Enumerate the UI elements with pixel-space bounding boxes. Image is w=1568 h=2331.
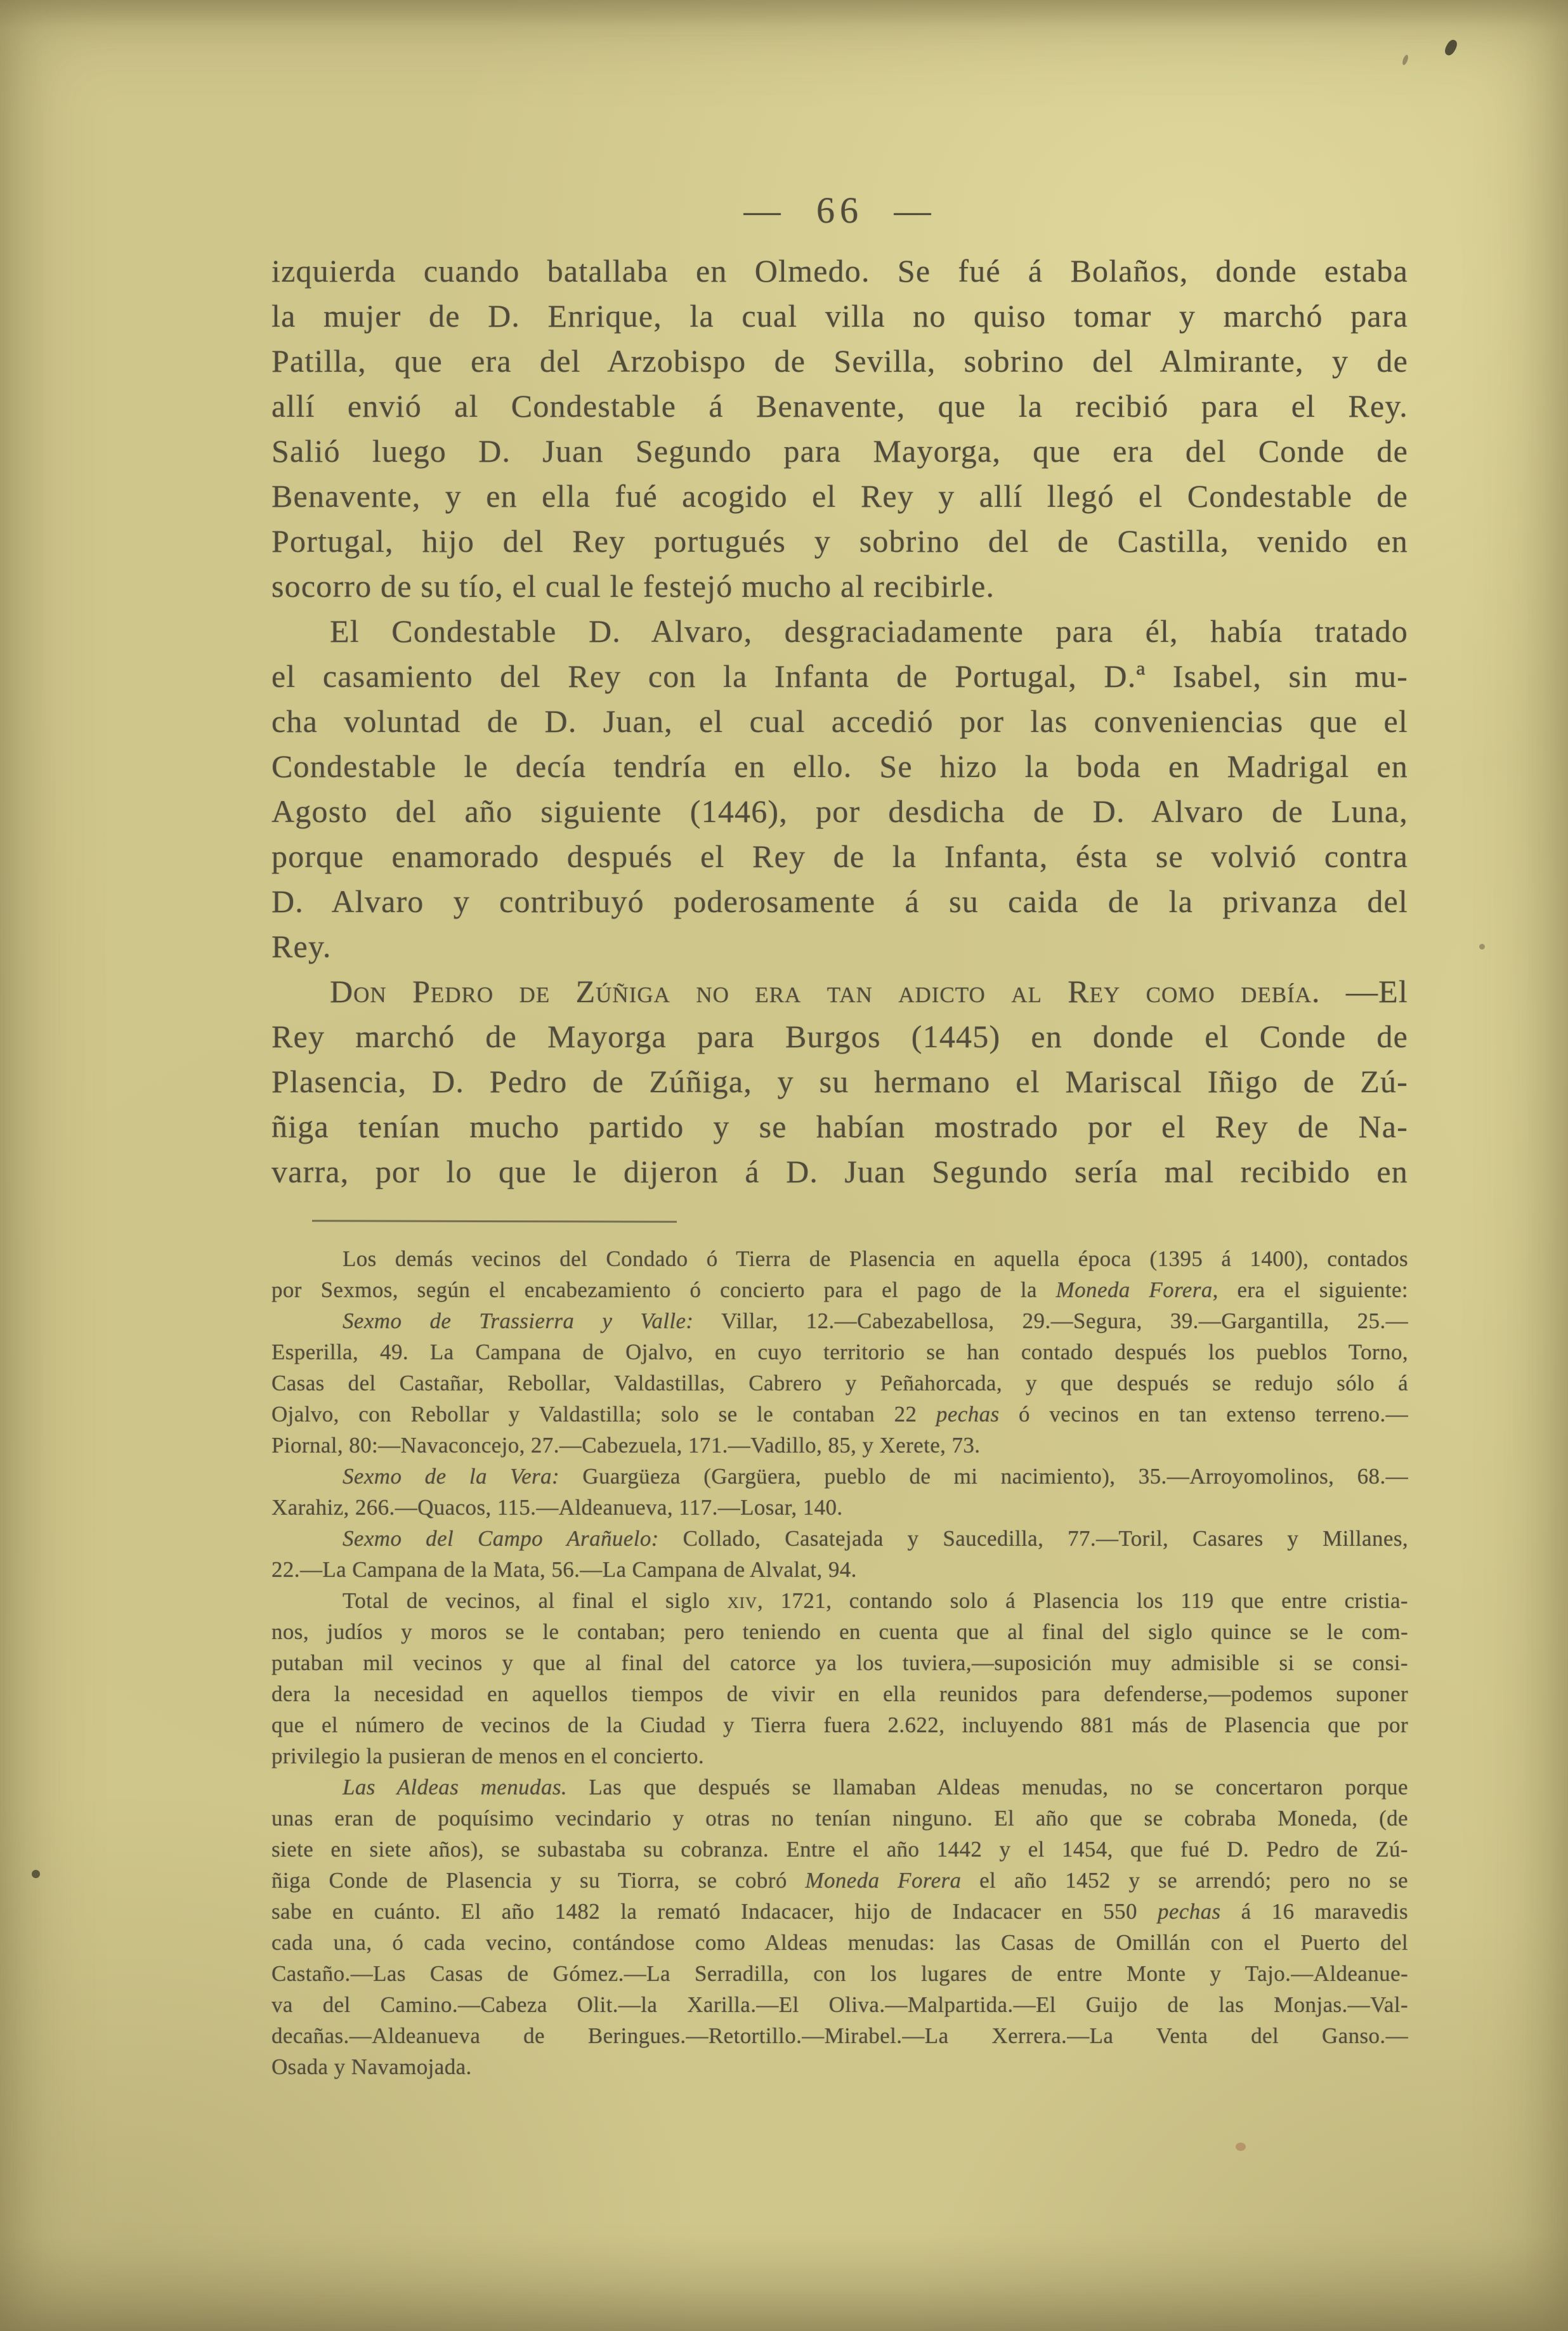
footnote-line: cada una, ó cada vecino, contándose como… (271, 1927, 1408, 1958)
footnote-line: Sexmo de Trassierra y Valle: Villar, 12.… (271, 1305, 1408, 1336)
text-segment: pechas (1158, 1899, 1221, 1924)
text-segment: va del Camino.—Cabeza Olit.—la Xarilla.—… (271, 1992, 1408, 2017)
footnote-line: Sexmo de la Vera: Guargüeza (Gargüera, p… (271, 1461, 1408, 1492)
text-segment: Guargüeza (Gargüera, pueblo de mi nacimi… (559, 1464, 1408, 1489)
text-segment: Esperilla, 49. La Campana de Ojalvo, en … (271, 1340, 1408, 1364)
footnote-line: Osada y Navamojada. (271, 2051, 1408, 2082)
text-segment: el casamiento del Rey con la Infanta de … (271, 658, 1408, 694)
main-text-line: Rey marchó de Mayorga para Burgos (1445)… (271, 1014, 1408, 1059)
footnote-line: ñiga Conde de Plasencia y su Tiorra, se … (271, 1865, 1408, 1896)
footnote-line: por Sexmos, según el encabezamiento ó co… (271, 1274, 1408, 1305)
text-segment: Portugal, hijo del Rey portugués y sobri… (271, 523, 1408, 559)
main-text-line: Portugal, hijo del Rey portugués y sobri… (271, 519, 1408, 564)
text-segment: Sexmo de Trassierra y Valle: (343, 1309, 693, 1333)
text-segment: D. Alvaro y contribuyó poderosamente á s… (271, 884, 1408, 919)
footnote-line: Esperilla, 49. La Campana de Ojalvo, en … (271, 1336, 1408, 1368)
main-text-block: izquierda cuando batallaba en Olmedo. Se… (271, 249, 1408, 1194)
footnote-line: Castaño.—Las Casas de Gómez.—La Serradil… (271, 1958, 1408, 1989)
text-segment: que el número de vecinos de la Ciudad y … (271, 1713, 1408, 1737)
main-text-line: Patilla, que era del Arzobispo de Sevill… (271, 339, 1408, 384)
text-segment: varra, por lo que le dijeron á D. Juan S… (271, 1154, 1408, 1189)
main-text-line: allí envió al Condestable á Benavente, q… (271, 384, 1408, 429)
text-segment: , 1721, contando solo á Plasencia los 11… (757, 1588, 1408, 1613)
text-segment: Sexmo de la Vera: (343, 1464, 559, 1489)
text-segment: Plasencia, D. Pedro de Zúñiga, y su herm… (271, 1064, 1408, 1099)
text-segment: Collado, Casatejada y Saucedilla, 77.—To… (659, 1526, 1408, 1551)
text-segment: la mujer de D. Enrique, la cual villa no… (271, 298, 1408, 334)
text-segment: 22.—La Campana de la Mata, 56.—La Campan… (271, 1557, 857, 1582)
text-segment: siete en siete años), se subastaba su co… (271, 1837, 1408, 1862)
text-segment: Patilla, que era del Arzobispo de Sevill… (271, 343, 1408, 379)
footnote-line: sabe en cuánto. El año 1482 la remató In… (271, 1896, 1408, 1927)
text-segment: , era el siguiente: (1213, 1277, 1408, 1302)
text-segment: porque enamorado después el Rey de la In… (271, 839, 1408, 874)
text-segment: —El (1346, 974, 1408, 1009)
text-segment: Moneda Forera (805, 1868, 961, 1893)
text-segment: pechas (936, 1402, 1000, 1427)
text-segment: por Sexmos, según el encabezamiento ó co… (271, 1277, 1056, 1302)
text-segment: Rey marchó de Mayorga para Burgos (1445)… (271, 1019, 1408, 1054)
text-segment: izquierda cuando batallaba en Olmedo. Se… (271, 253, 1408, 289)
text-segment: Xarahiz, 266.—Quacos, 115.—Aldeanueva, 1… (271, 1495, 843, 1520)
text-segment: Benavente, y en ella fué acogido el Rey … (271, 478, 1408, 514)
text-segment: cada una, ó cada vecino, contándose como… (271, 1930, 1408, 1955)
footnote-line: Total de vecinos, al final el siglo xiv,… (271, 1585, 1408, 1616)
bottom-edge-shade (0, 2236, 1568, 2331)
text-segment: sabe en cuánto. El año 1482 la remató In… (271, 1899, 1158, 1924)
text-segment: Villar, 12.—Cabezabellosa, 29.—Segura, 3… (693, 1309, 1408, 1333)
text-segment: cha voluntad de D. Juan, el cual accedió… (271, 703, 1408, 739)
text-segment: Osada y Navamojada. (271, 2054, 472, 2079)
text-segment: Las Aldeas menudas. (343, 1775, 567, 1799)
footnote-line: Las Aldeas menudas. Las que después se l… (271, 1772, 1408, 1803)
text-segment: nos, judíos y moros se le contaban; pero… (271, 1619, 1408, 1644)
foxing-stain (1236, 2143, 1246, 2151)
text-segment: socorro de su tío, el cual le festejó mu… (271, 568, 995, 604)
footnote-line: Casas del Castañar, Rebollar, Valdastill… (271, 1368, 1408, 1399)
main-text-line: varra, por lo que le dijeron á D. Juan S… (271, 1149, 1408, 1194)
text-segment: Total de vecinos, al final el siglo (343, 1588, 728, 1613)
main-text-line: Condestable le decía tendría en ello. Se… (271, 744, 1408, 789)
text-segment: el año 1452 y se arrendó; pero no se (961, 1868, 1408, 1893)
text-segment: El Condestable D. Alvaro, desgraciadamen… (330, 613, 1408, 649)
text-segment: Condestable le decía tendría en ello. Se… (271, 748, 1408, 784)
text-segment: privilegio la pusieran de menos en el co… (271, 1744, 704, 1768)
main-text-line: Benavente, y en ella fué acogido el Rey … (271, 474, 1408, 519)
main-text-line: porque enamorado después el Rey de la In… (271, 834, 1408, 879)
footnote-line: Sexmo del Campo Arañuelo: Collado, Casat… (271, 1523, 1408, 1554)
main-text-line: cha voluntad de D. Juan, el cual accedió… (271, 699, 1408, 744)
ink-speck (32, 1870, 40, 1878)
text-segment: unas eran de poquísimo vecindario y otra… (271, 1806, 1408, 1831)
text-segment: Piornal, 80:—Navaconcejo, 27.—Cabezuela,… (271, 1433, 980, 1458)
main-text-line: el casamiento del Rey con la Infanta de … (271, 654, 1408, 699)
main-text-line: D. Alvaro y contribuyó poderosamente á s… (271, 879, 1408, 924)
text-segment: ñiga tenían mucho partido y se habían mo… (271, 1109, 1408, 1144)
text-segment: Moneda Forera (1056, 1277, 1213, 1302)
text-segment: Ojalvo, con Rebollar y Valdastilla; solo… (271, 1402, 936, 1427)
footnote-line: nos, judíos y moros se le contaban; pero… (271, 1616, 1408, 1647)
main-text-line: izquierda cuando batallaba en Olmedo. Se… (271, 249, 1408, 294)
text-segment: ó vecinos en tan extenso terreno.— (1000, 1402, 1408, 1427)
text-segment: Agosto del año siguiente (1446), por des… (271, 793, 1408, 829)
text-segment: xiv (728, 1588, 757, 1613)
footnote-line: unas eran de poquísimo vecindario y otra… (271, 1803, 1408, 1834)
text-segment: á 16 maravedis (1221, 1899, 1408, 1924)
text-segment: allí envió al Condestable á Benavente, q… (271, 388, 1408, 424)
text-segment: ñiga Conde de Plasencia y su Tiorra, se … (271, 1868, 805, 1893)
footnote-separator-rule (312, 1220, 677, 1223)
footnote-line: Piornal, 80:—Navaconcejo, 27.—Cabezuela,… (271, 1430, 1408, 1461)
main-text-line: Salió luego D. Juan Segundo para Mayorga… (271, 429, 1408, 474)
main-text-line: Plasencia, D. Pedro de Zúñiga, y su herm… (271, 1059, 1408, 1104)
ink-speck (1479, 944, 1485, 950)
footnote-line: 22.—La Campana de la Mata, 56.—La Campan… (271, 1554, 1408, 1585)
footnote-line: privilegio la pusieran de menos en el co… (271, 1740, 1408, 1772)
text-segment: Castaño.—Las Casas de Gómez.—La Serradil… (271, 1961, 1408, 1986)
main-text-line: El Condestable D. Alvaro, desgraciadamen… (271, 609, 1408, 654)
main-text-line: Don Pedro de Zúñiga no era tan adicto al… (271, 969, 1408, 1014)
page-number: — 66 — (271, 189, 1408, 232)
text-segment: Las que después se llamaban Aldeas menud… (567, 1775, 1408, 1799)
main-text-line: la mujer de D. Enrique, la cual villa no… (271, 294, 1408, 339)
main-text-line: socorro de su tío, el cual le festejó mu… (271, 564, 1408, 609)
text-segment: Don Pedro de Zúñiga no era tan adicto al… (330, 974, 1346, 1009)
text-segment: putaban mil vecinos y que al final del c… (271, 1650, 1408, 1675)
top-edge-shade (0, 0, 1568, 29)
footnote-line: dera la necesidad en aquellos tiempos de… (271, 1678, 1408, 1709)
text-segment: Los demás vecinos del Condado ó Tierra d… (343, 1246, 1408, 1271)
text-segment: decañas.—Aldeanueva de Beringues.—Retort… (271, 2023, 1408, 2048)
text-segment: Rey. (271, 929, 332, 964)
footnote-line: putaban mil vecinos y que al final del c… (271, 1647, 1408, 1678)
footnote-line: Los demás vecinos del Condado ó Tierra d… (271, 1243, 1408, 1274)
footnote-line: decañas.—Aldeanueva de Beringues.—Retort… (271, 2020, 1408, 2051)
footnote-line: siete en siete años), se subastaba su co… (271, 1834, 1408, 1865)
footnote-line: Ojalvo, con Rebollar y Valdastilla; solo… (271, 1399, 1408, 1430)
text-segment: dera la necesidad en aquellos tiempos de… (271, 1681, 1408, 1706)
footnote-line: Xarahiz, 266.—Quacos, 115.—Aldeanueva, 1… (271, 1492, 1408, 1523)
text-segment: Casas del Castañar, Rebollar, Valdastill… (271, 1371, 1408, 1395)
ink-speck (1443, 38, 1459, 57)
footnote-line: que el número de vecinos de la Ciudad y … (271, 1709, 1408, 1740)
main-text-line: Rey. (271, 924, 1408, 969)
main-text-line: ñiga tenían mucho partido y se habían mo… (271, 1104, 1408, 1149)
footnote-line: va del Camino.—Cabeza Olit.—la Xarilla.—… (271, 1989, 1408, 2020)
main-text-line: Agosto del año siguiente (1446), por des… (271, 789, 1408, 834)
scanned-book-page: { "colors": { "paper": "#cfc68c", "ink":… (0, 0, 1568, 2331)
footnote-block: Los demás vecinos del Condado ó Tierra d… (271, 1243, 1408, 2082)
text-segment: Salió luego D. Juan Segundo para Mayorga… (271, 433, 1408, 469)
ink-speck (1401, 54, 1409, 65)
text-segment: Sexmo del Campo Arañuelo: (343, 1526, 659, 1551)
